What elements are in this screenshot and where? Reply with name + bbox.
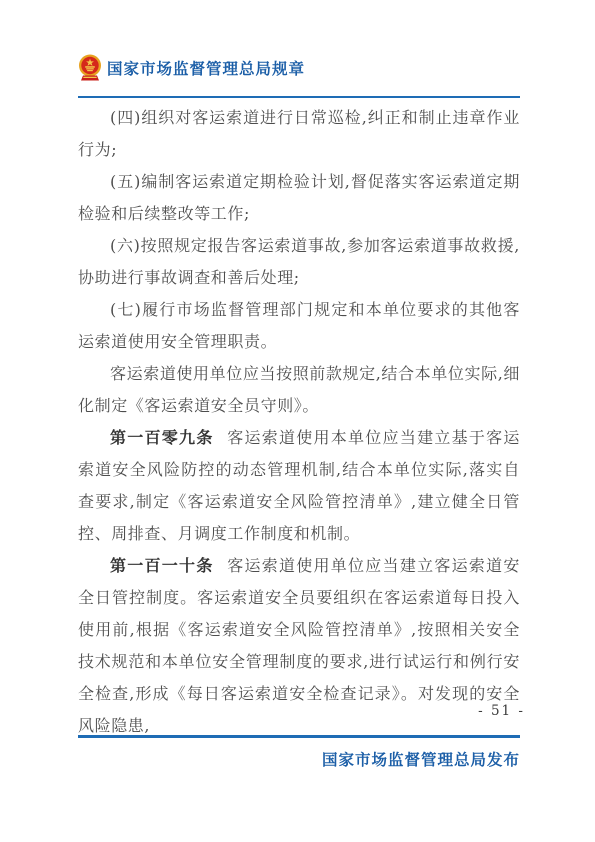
body-paragraph: (四)组织对客运索道进行日常巡检,纠正和制止违章作业行为; — [78, 102, 520, 166]
header-rule — [78, 96, 520, 98]
document-body: (四)组织对客运索道进行日常巡检,纠正和制止违章作业行为;(五)编制客运索道定期… — [78, 102, 520, 742]
article-number: 第一百一十条 — [110, 556, 227, 575]
page-header: 国家市场监督管理总局规章 — [78, 54, 520, 81]
header-title: 国家市场监督管理总局规章 — [107, 57, 305, 79]
national-emblem-icon — [78, 54, 102, 81]
body-paragraph: 第一百零九条客运索道使用本单位应当建立基于客运索道安全风险防控的动态管理机制,结… — [78, 422, 520, 550]
footer-publisher: 国家市场监督管理总局发布 — [322, 748, 520, 770]
document-page: 国家市场监督管理总局规章 (四)组织对客运索道进行日常巡检,纠正和制止违章作业行… — [0, 0, 595, 842]
body-paragraph: (七)履行市场监督管理部门规定和本单位要求的其他客运索道使用安全管理职责。 — [78, 294, 520, 358]
body-paragraph: 第一百一十条客运索道使用单位应当建立客运索道安全日管控制度。客运索道安全员要组织… — [78, 550, 520, 742]
page-number: - 51 - — [478, 703, 525, 719]
article-number: 第一百零九条 — [110, 428, 227, 447]
body-paragraph: 客运索道使用单位应当按照前款规定,结合本单位实际,细化制定《客运索道安全员守则》… — [78, 358, 520, 422]
body-paragraph: (六)按照规定报告客运索道事故,参加客运索道事故救援,协助进行事故调查和善后处理… — [78, 230, 520, 294]
body-paragraph: (五)编制客运索道定期检验计划,督促落实客运索道定期检验和后续整改等工作; — [78, 166, 520, 230]
footer-rule — [78, 735, 520, 738]
